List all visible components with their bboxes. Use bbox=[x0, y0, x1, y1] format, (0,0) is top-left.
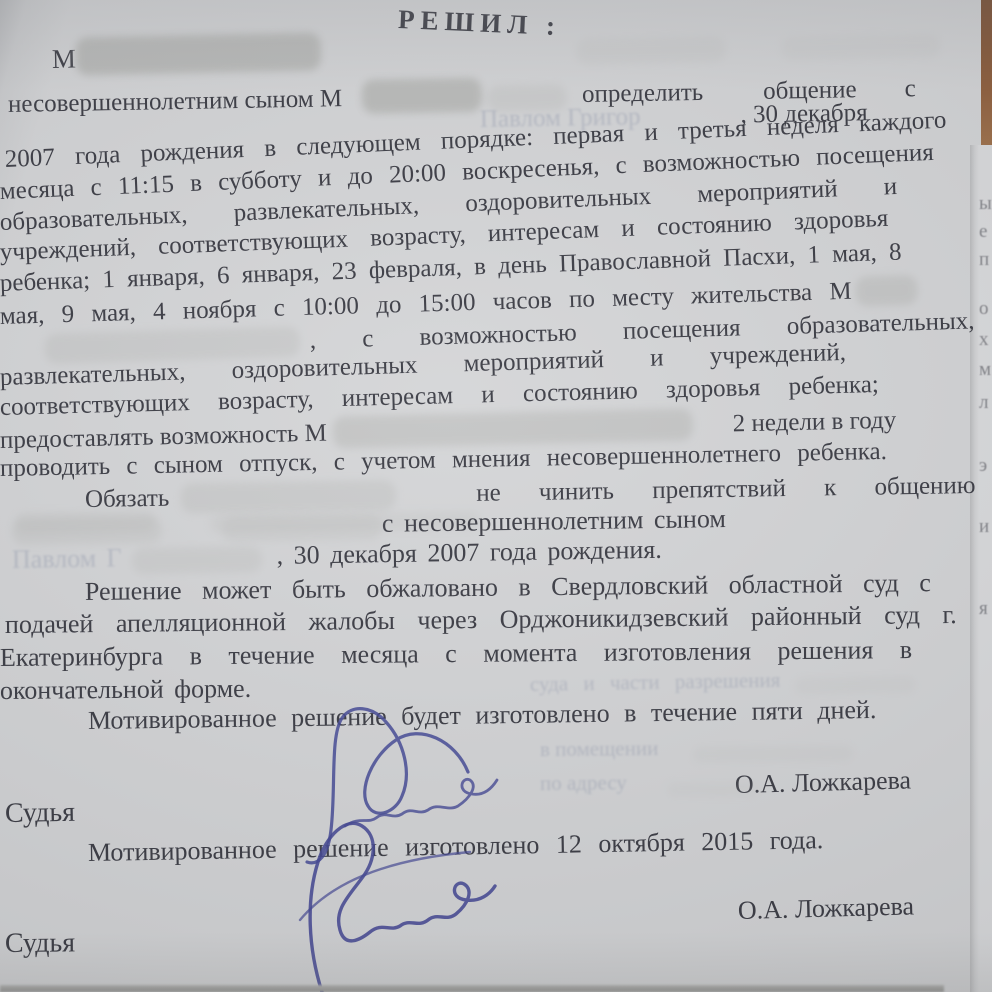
text-line: Мотивированное решение изготовлено 12 ок… bbox=[88, 825, 824, 868]
second-page-letter: я bbox=[979, 598, 988, 620]
text-segment: Судья bbox=[5, 797, 76, 830]
text-segment: не чинить препятствий к общению bbox=[476, 472, 976, 509]
text-line: окончательной форме. bbox=[0, 674, 251, 706]
ghost-text: Павлом Г bbox=[12, 543, 122, 575]
text-segment: с bbox=[904, 75, 916, 104]
page-bottom-edge-shadow bbox=[0, 985, 944, 992]
second-page-letter: х bbox=[979, 329, 989, 351]
redaction-blur bbox=[131, 546, 261, 574]
document-photo: РЕШИЛ :Мнесовершеннолетним сыном Мопреде… bbox=[0, 0, 992, 992]
judge-name-line: О.А. Ложкарева bbox=[738, 891, 915, 925]
redaction-blur bbox=[362, 78, 483, 114]
redaction-blur bbox=[12, 517, 162, 545]
text-segment: несовершеннолетним сыном М bbox=[8, 85, 343, 120]
text-segment: с несовершеннолетним сыном bbox=[382, 504, 726, 539]
second-page-letter: е bbox=[979, 221, 987, 243]
second-page-letter: и bbox=[979, 516, 989, 538]
text-segment: М bbox=[52, 44, 77, 76]
redaction-blur bbox=[795, 676, 915, 694]
second-page-letter: м bbox=[979, 359, 991, 381]
ghost-text: суда и части разрешения bbox=[530, 668, 781, 697]
ghost-text: по адресу bbox=[540, 770, 627, 795]
second-page-letter: ы bbox=[979, 193, 992, 215]
judge-label-line: Судья bbox=[5, 797, 76, 830]
second-page-letter: л bbox=[979, 392, 988, 414]
text-segment: 2 недели в году bbox=[732, 407, 896, 439]
second-page-letter: п bbox=[979, 249, 989, 271]
bleed-through-line: по адресу bbox=[540, 769, 757, 798]
text-segment: О.А. Ложкарева bbox=[735, 765, 912, 799]
text-segment: , 30 декабря 2007 года рождения. bbox=[276, 535, 662, 571]
second-page-letter: э bbox=[979, 455, 987, 477]
redaction-blur bbox=[667, 782, 757, 797]
judge-label-line: Судья bbox=[5, 927, 75, 960]
redaction-blur bbox=[693, 745, 853, 762]
judge-name-line: О.А. Ложкарева bbox=[735, 765, 912, 799]
redaction-blur bbox=[576, 36, 727, 65]
bleed-through-line: в помещении bbox=[540, 734, 854, 764]
text-segment: Мотивированное решение изготовлено 12 ок… bbox=[88, 825, 824, 868]
text-segment: окончательной форме. bbox=[0, 674, 251, 706]
redaction-blur bbox=[855, 275, 918, 307]
text-line: М bbox=[52, 19, 942, 76]
redaction-blur bbox=[76, 32, 322, 75]
text-segment: Судья bbox=[5, 927, 75, 960]
bleed-through-line: суда и части разрешения bbox=[530, 665, 916, 699]
ghost-text: в помещении bbox=[540, 736, 659, 761]
document-page: РЕШИЛ :Мнесовершеннолетним сыном Мопреде… bbox=[0, 0, 992, 992]
redaction-blur bbox=[222, 514, 382, 542]
text-segment: О.А. Ложкарева bbox=[738, 891, 915, 925]
second-page-letter: о bbox=[979, 298, 989, 320]
redaction-blur bbox=[781, 33, 941, 60]
